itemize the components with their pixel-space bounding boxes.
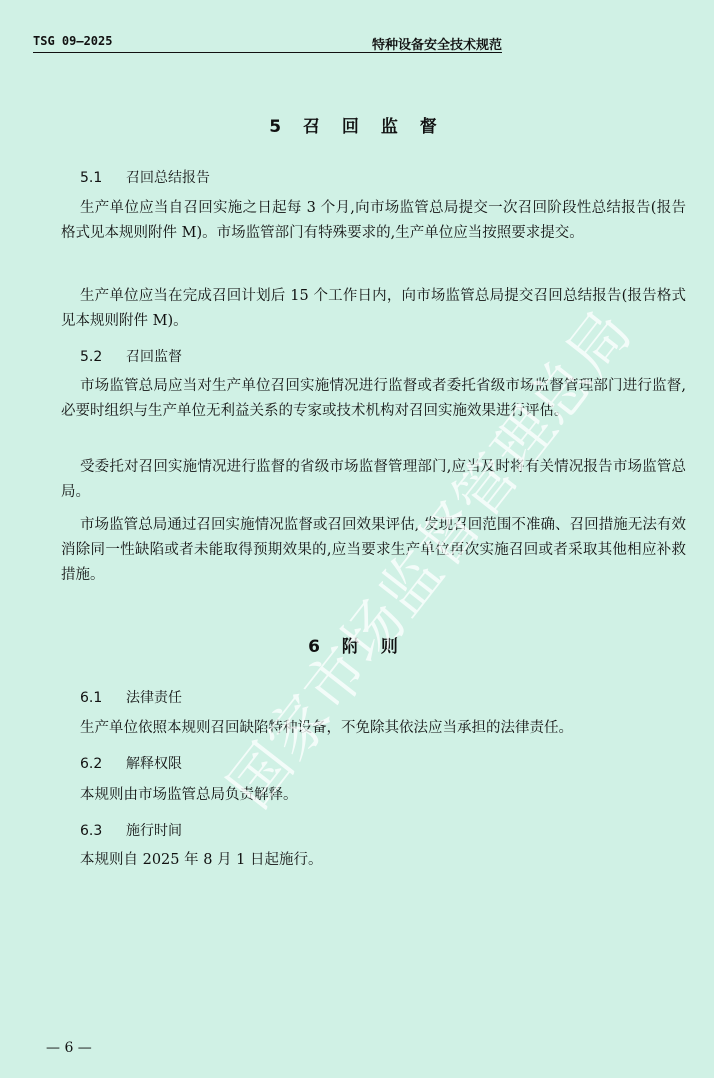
section-number: 5.1 — [80, 170, 126, 186]
section-6-2-heading: 6.2解释权限 — [80, 753, 182, 773]
section-5-2-heading: 5.2召回监督 — [80, 346, 182, 366]
page-number: — 6 — — [46, 1040, 92, 1056]
paragraph: 生产单位应当自召回实施之日起每 3 个月,向市场监管总局提交一次召回阶段性总结报… — [61, 196, 686, 246]
section-title: 法律责任 — [126, 690, 182, 706]
paragraph: 本规则由市场监管总局负责解释。 — [80, 783, 690, 808]
section-title: 召回总结报告 — [126, 170, 210, 186]
paragraph: 市场监管总局通过召回实施情况监督或召回效果评估, 发现召回范围不准确、召回措施无… — [61, 513, 686, 588]
section-title: 解释权限 — [126, 756, 182, 772]
paragraph: 生产单位应当在完成召回计划后 15 个工作日内，向市场监管总局提交召回总结报告(… — [61, 284, 686, 334]
paragraph: 生产单位依照本规则召回缺陷特种设备，不免除其依法应当承担的法律责任。 — [80, 716, 690, 741]
section-6-3-heading: 6.3施行时间 — [80, 820, 182, 840]
section-number: 6.3 — [80, 823, 126, 839]
chapter-5-title: 5 召 回 监 督 — [0, 112, 714, 137]
section-number: 6.1 — [80, 690, 126, 706]
paragraph: 本规则自 2025 年 8 月 1 日起施行。 — [80, 848, 690, 873]
section-title: 施行时间 — [126, 823, 182, 839]
standard-category: 特种设备安全技术规范 — [372, 34, 502, 53]
section-title: 召回监督 — [126, 349, 182, 365]
section-6-1-heading: 6.1法律责任 — [80, 687, 182, 707]
section-number: 6.2 — [80, 756, 126, 772]
standard-code: TSG 09—2025 — [33, 34, 112, 48]
chapter-6-title: 6 附 则 — [0, 632, 714, 657]
paragraph: 受委托对召回实施情况进行监督的省级市场监督管理部门,应当及时将有关情况报告市场监… — [61, 455, 686, 505]
running-header: TSG 09—2025 特种设备安全技术规范 — [33, 34, 502, 53]
section-number: 5.2 — [80, 349, 126, 365]
paragraph: 市场监管总局应当对生产单位召回实施情况进行监督或者委托省级市场监督管理部门进行监… — [61, 374, 686, 424]
section-5-1-heading: 5.1召回总结报告 — [80, 167, 210, 187]
